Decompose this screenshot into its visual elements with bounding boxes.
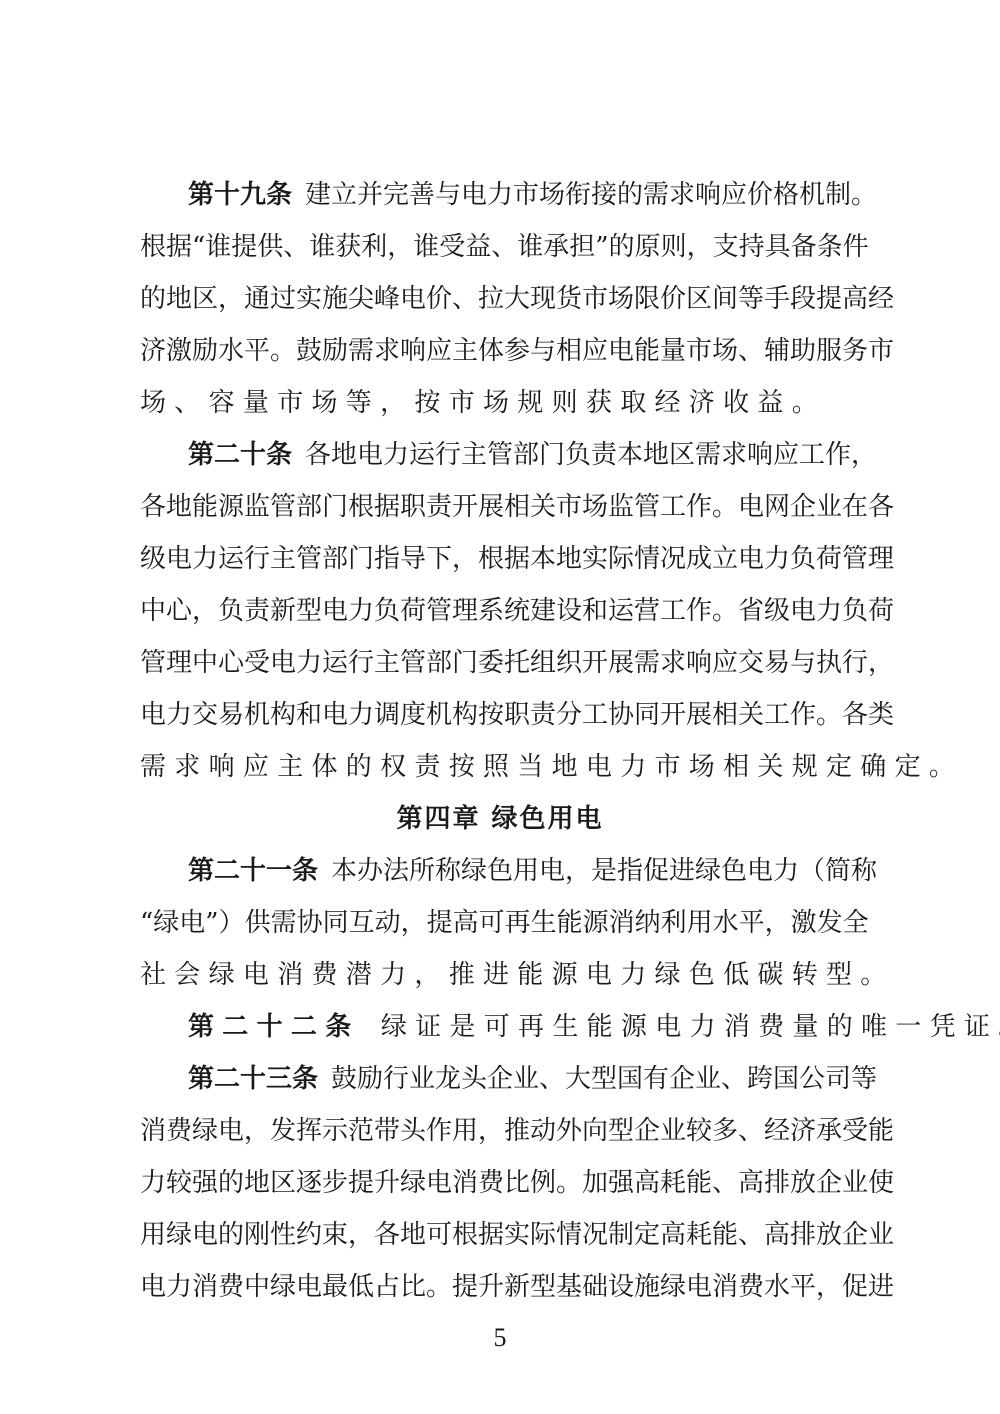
article-20-line-6: 电力交易机构和电力调度机构按职责分工协同开展相关工作。各类 [140,695,862,735]
article-23-text: 鼓励行业龙头企业、大型国有企业、跨国公司等 [331,1064,877,1094]
article-21-line-3: 社会绿电消费潜力，推进能源电力绿色低碳转型。 [140,955,862,995]
document-page: 第十九条 建立并完善与电力市场衔接的需求响应价格机制。 根据“谁提供、谁获利，谁… [0,0,1000,1414]
article-23-line-1: 第二十三条 鼓励行业龙头企业、大型国有企业、跨国公司等 [188,1059,862,1099]
article-20-line-3: 级电力运行主管部门指导下，根据本地实际情况成立电力负荷管理 [140,539,862,579]
article-22-line-1: 第二十二条 绿证是可再生能源电力消费量的唯一凭证。 [188,1007,862,1047]
article-20-line-5: 管理中心受电力运行主管部门委托组织开展需求响应交易与执行， [140,643,862,683]
article-20-line-2: 各地能源监管部门根据职责开展相关市场监管工作。电网企业在各 [140,487,862,527]
article-19-text: 建立并完善与电力市场衔接的需求响应价格机制。 [305,180,877,210]
article-21-line-1: 第二十一条 本办法所称绿色用电，是指促进绿色电力（简称 [188,851,862,891]
article-23-line-4: 用绿电的刚性约束，各地可根据实际情况制定高耗能、高排放企业 [140,1215,862,1255]
article-19-line-1: 第十九条 建立并完善与电力市场衔接的需求响应价格机制。 [188,175,862,215]
article-20-line-7: 需求响应主体的权责按照当地电力市场相关规定确定。 [140,747,862,787]
article-21-line-2: “绿电”）供需协同互动，提高可再生能源消纳利用水平，激发全 [140,903,862,943]
chapter-heading: 第四章 绿色用电 [0,799,1000,839]
article-20-text: 各地电力运行主管部门负责本地区需求响应工作， [305,440,877,470]
article-23-line-3: 力较强的地区逐步提升绿电消费比例。加强高耗能、高排放企业使 [140,1163,862,1203]
article-20-title: 第二十条 [188,440,292,470]
article-23-line-2: 消费绿电，发挥示范带头作用，推动外向型企业较多、经济承受能 [140,1111,862,1151]
article-21-title: 第二十一条 [188,856,318,886]
article-22-title: 第二十二条 [188,1012,360,1042]
article-19-line-3: 的地区，通过实施尖峰电价、拉大现货市场限价区间等手段提高经 [140,279,862,319]
article-19-title: 第十九条 [188,180,292,210]
article-20-line-4: 中心，负责新型电力负荷管理系统建设和运营工作。省级电力负荷 [140,591,862,631]
article-22-text: 绿证是可再生能源电力消费量的唯一凭证。 [381,1012,1000,1042]
article-23-line-5: 电力消费中绿电最低占比。提升新型基础设施绿电消费水平，促进 [140,1267,862,1307]
article-23-title: 第二十三条 [188,1064,318,1094]
article-21-text: 本办法所称绿色用电，是指促进绿色电力（简称 [331,856,877,886]
article-20-line-1: 第二十条 各地电力运行主管部门负责本地区需求响应工作， [188,435,862,475]
article-19-line-4: 济激励水平。鼓励需求响应主体参与相应电能量市场、辅助服务市 [140,331,862,371]
article-19-line-2: 根据“谁提供、谁获利，谁受益、谁承担”的原则，支持具备条件 [140,227,862,267]
article-19-line-5: 场、容量市场等，按市场规则获取经济收益。 [140,383,862,423]
page-number: 5 [0,1318,1000,1358]
